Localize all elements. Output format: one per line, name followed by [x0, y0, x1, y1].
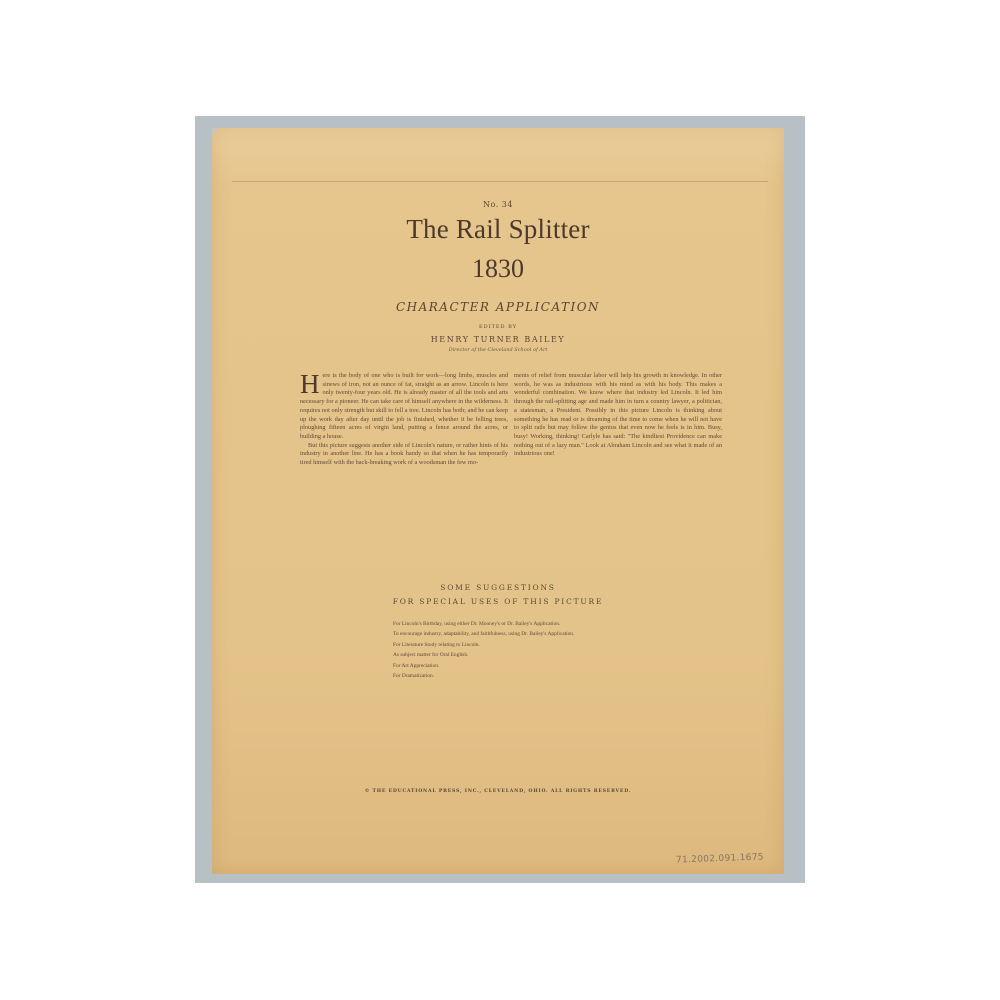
- body-column-right: ments of relief from muscular labor will…: [514, 372, 722, 459]
- body-column-left: H ere is the body of one who is built fo…: [300, 372, 508, 468]
- subtitle: CHARACTER APPLICATION: [212, 300, 784, 314]
- list-item: For Dramatization.: [393, 671, 574, 681]
- drop-cap: H: [300, 373, 320, 395]
- body-paragraph: But this picture suggests another side o…: [300, 442, 508, 468]
- suggestions-heading: SOME SUGGESTIONS: [212, 583, 784, 592]
- list-item: For Literature Study relating to Lincoln…: [393, 640, 574, 650]
- title-year: 1830: [212, 254, 784, 284]
- suggestions-subheading: FOR SPECIAL USES OF THIS PICTURE: [212, 597, 784, 606]
- editor-role: Director of the Cleveland School of Art: [212, 347, 784, 353]
- item-number: No. 34: [212, 200, 784, 209]
- page-title: The Rail Splitter: [212, 214, 784, 245]
- list-item: To encourage industry, adaptability, and…: [393, 629, 574, 639]
- list-item: For Art Appreciation.: [393, 661, 574, 671]
- suggestions-list: For Lincoln's Birthday, using either Dr.…: [393, 619, 574, 681]
- editor-name: HENRY TURNER BAILEY: [212, 335, 784, 344]
- body-paragraph: ere is the body of one who is built for …: [300, 372, 508, 442]
- list-item: As subject matter for Oral English.: [393, 650, 574, 660]
- fold-line: [232, 181, 768, 182]
- copyright-notice: © THE EDUCATIONAL PRESS, INC., CLEVELAND…: [212, 789, 784, 794]
- body-paragraph: ments of relief from muscular labor will…: [514, 372, 722, 459]
- edited-by-label: EDITED BY: [212, 324, 784, 330]
- list-item: For Lincoln's Birthday, using either Dr.…: [393, 619, 574, 629]
